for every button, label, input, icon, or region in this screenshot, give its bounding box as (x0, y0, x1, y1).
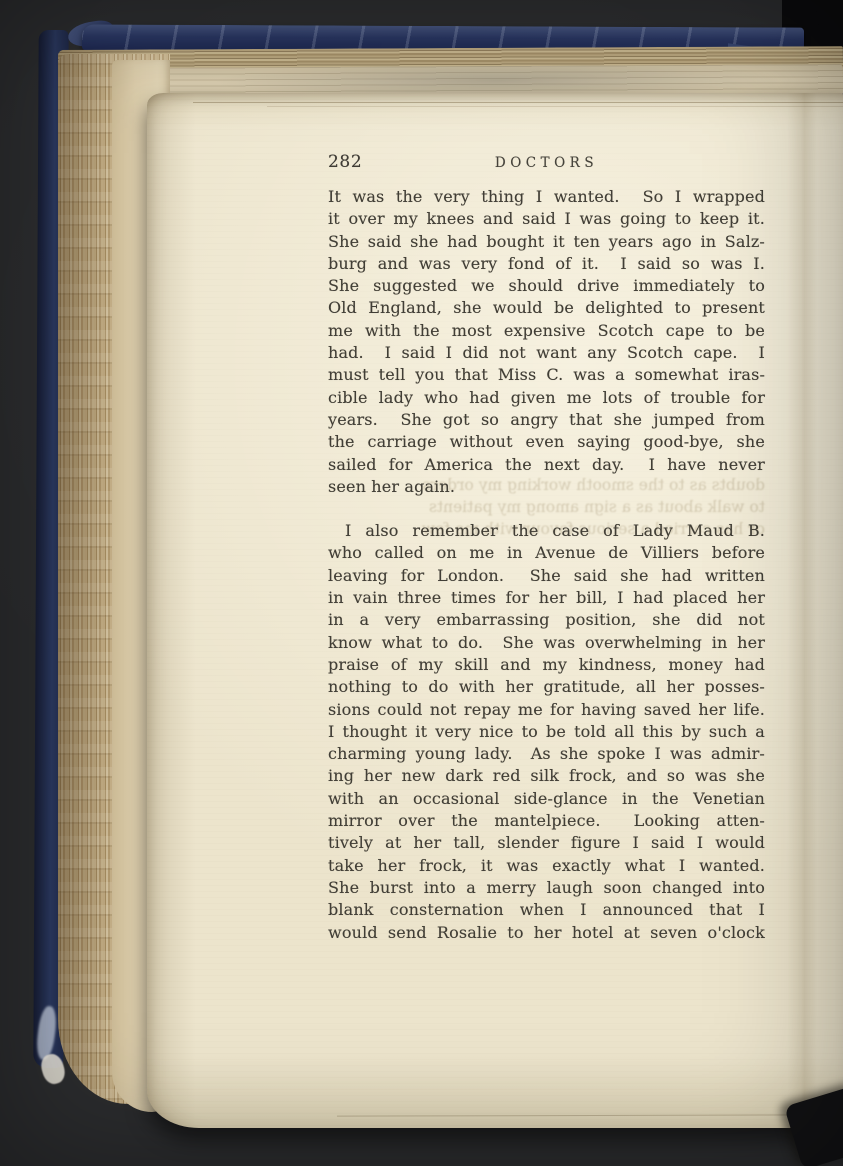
scanned-book-photo: doubts as to the smooth working my order… (0, 0, 843, 1166)
text-line: sailed for America the next day. I have … (328, 454, 765, 476)
text-line: She burst into a merry laugh soon change… (328, 877, 765, 899)
text-line: praise of my skill and my kindness, mone… (328, 654, 765, 676)
text-line: in vain three times for her bill, I had … (328, 587, 765, 609)
text-line: charming young lady. As she spoke I was … (328, 743, 765, 765)
text-line: seen her again. (328, 476, 765, 498)
page-edge-crease-line (337, 1114, 839, 1116)
page-edge-crease-line (193, 102, 843, 103)
text-line: me with the most expensive Scotch cape t… (328, 320, 765, 342)
text-line: She suggested we should drive immediatel… (328, 275, 765, 297)
text-line: take her frock, it was exactly what I wa… (328, 855, 765, 877)
text-line: leaving for London. She said she had wri… (328, 565, 765, 587)
text-line: would send Rosalie to her hotel at seven… (328, 922, 765, 944)
page-header: 282 DOCTORS (328, 152, 765, 176)
text-line: who called on me in Avenue de Villiers b… (328, 542, 765, 564)
paragraph: I also remember the case of Lady Maud B.… (328, 520, 765, 944)
text-line: had. I said I did not want any Scotch ca… (328, 342, 765, 364)
text-line: I thought it very nice to be told all th… (328, 721, 765, 743)
text-line: burg and was very fond of it. I said so … (328, 253, 765, 275)
paragraph: It was the very thing I wanted. So I wra… (328, 186, 765, 498)
text-line: tively at her tall, slender figure I sai… (328, 832, 765, 854)
text-line: It was the very thing I wanted. So I wra… (328, 186, 765, 208)
text-line: nothing to do with her gratitude, all he… (328, 676, 765, 698)
text-line: cible lady who had given me lots of trou… (328, 387, 765, 409)
text-line: with an occasional side-glance in the Ve… (328, 788, 765, 810)
page-edge-crease-line (267, 106, 843, 107)
text-line: must tell you that Miss C. was a somewha… (328, 364, 765, 386)
text-line: Old England, she would be delighted to p… (328, 297, 765, 319)
text-line: mirror over the mantelpiece. Looking att… (328, 810, 765, 832)
text-line: in a very embarrassing position, she did… (328, 609, 765, 631)
text-line: years. She got so angry that she jumped … (328, 409, 765, 431)
text-line: know what to do. She was overwhelming in… (328, 632, 765, 654)
text-line: blank consternation when I announced tha… (328, 899, 765, 921)
body-text: It was the very thing I wanted. So I wra… (328, 186, 765, 944)
text-line: sions could not repay me for having save… (328, 699, 765, 721)
text-line: I also remember the case of Lady Maud B. (328, 520, 765, 542)
text-line: She said she had bought it ten years ago… (328, 231, 765, 253)
running-header-title: DOCTORS (328, 155, 765, 171)
page-gutter-shading (787, 93, 817, 1128)
text-line: ing her new dark red silk frock, and so … (328, 765, 765, 787)
text-line: the carriage without even saying good-by… (328, 431, 765, 453)
text-line: it over my knees and said I was going to… (328, 208, 765, 230)
